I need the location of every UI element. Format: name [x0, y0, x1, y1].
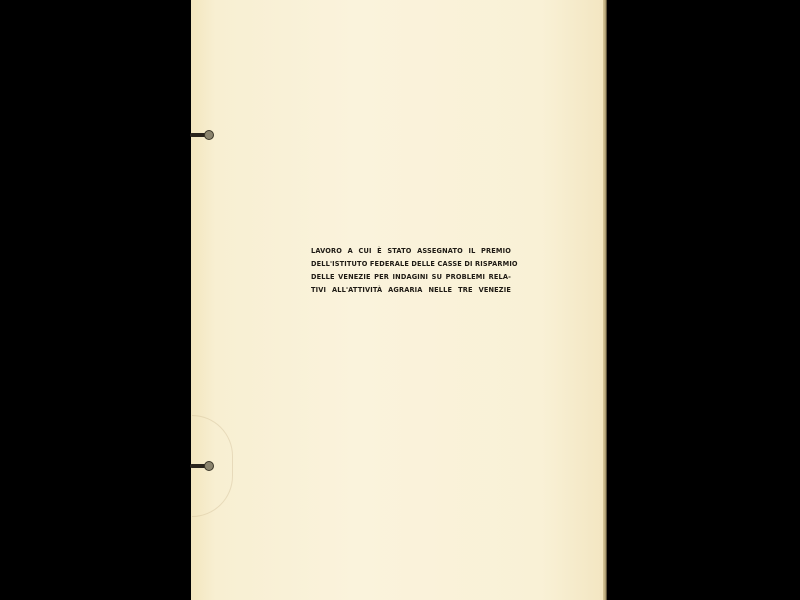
- document-page: [191, 0, 603, 600]
- dedication-line: TIVI ALL'ATTIVITÀ AGRARIA NELLE TRE VENE…: [311, 284, 511, 297]
- page-edge: [603, 0, 607, 600]
- dedication-line: DELL'ISTITUTO FEDERALE DELLE CASSE DI RI…: [311, 258, 511, 271]
- dedication-line: LAVORO A CUI È STATO ASSEGNATO IL PREMIO: [311, 245, 511, 258]
- dedication-line: DELLE VENEZIE PER INDAGINI SU PROBLEMI R…: [311, 271, 511, 284]
- binding-ring-bottom: [190, 461, 218, 471]
- eyelet-icon: [204, 461, 214, 471]
- eyelet-icon: [204, 130, 214, 140]
- dedication-text: LAVORO A CUI È STATO ASSEGNATO IL PREMIO…: [311, 245, 511, 297]
- binding-ring-top: [190, 130, 218, 140]
